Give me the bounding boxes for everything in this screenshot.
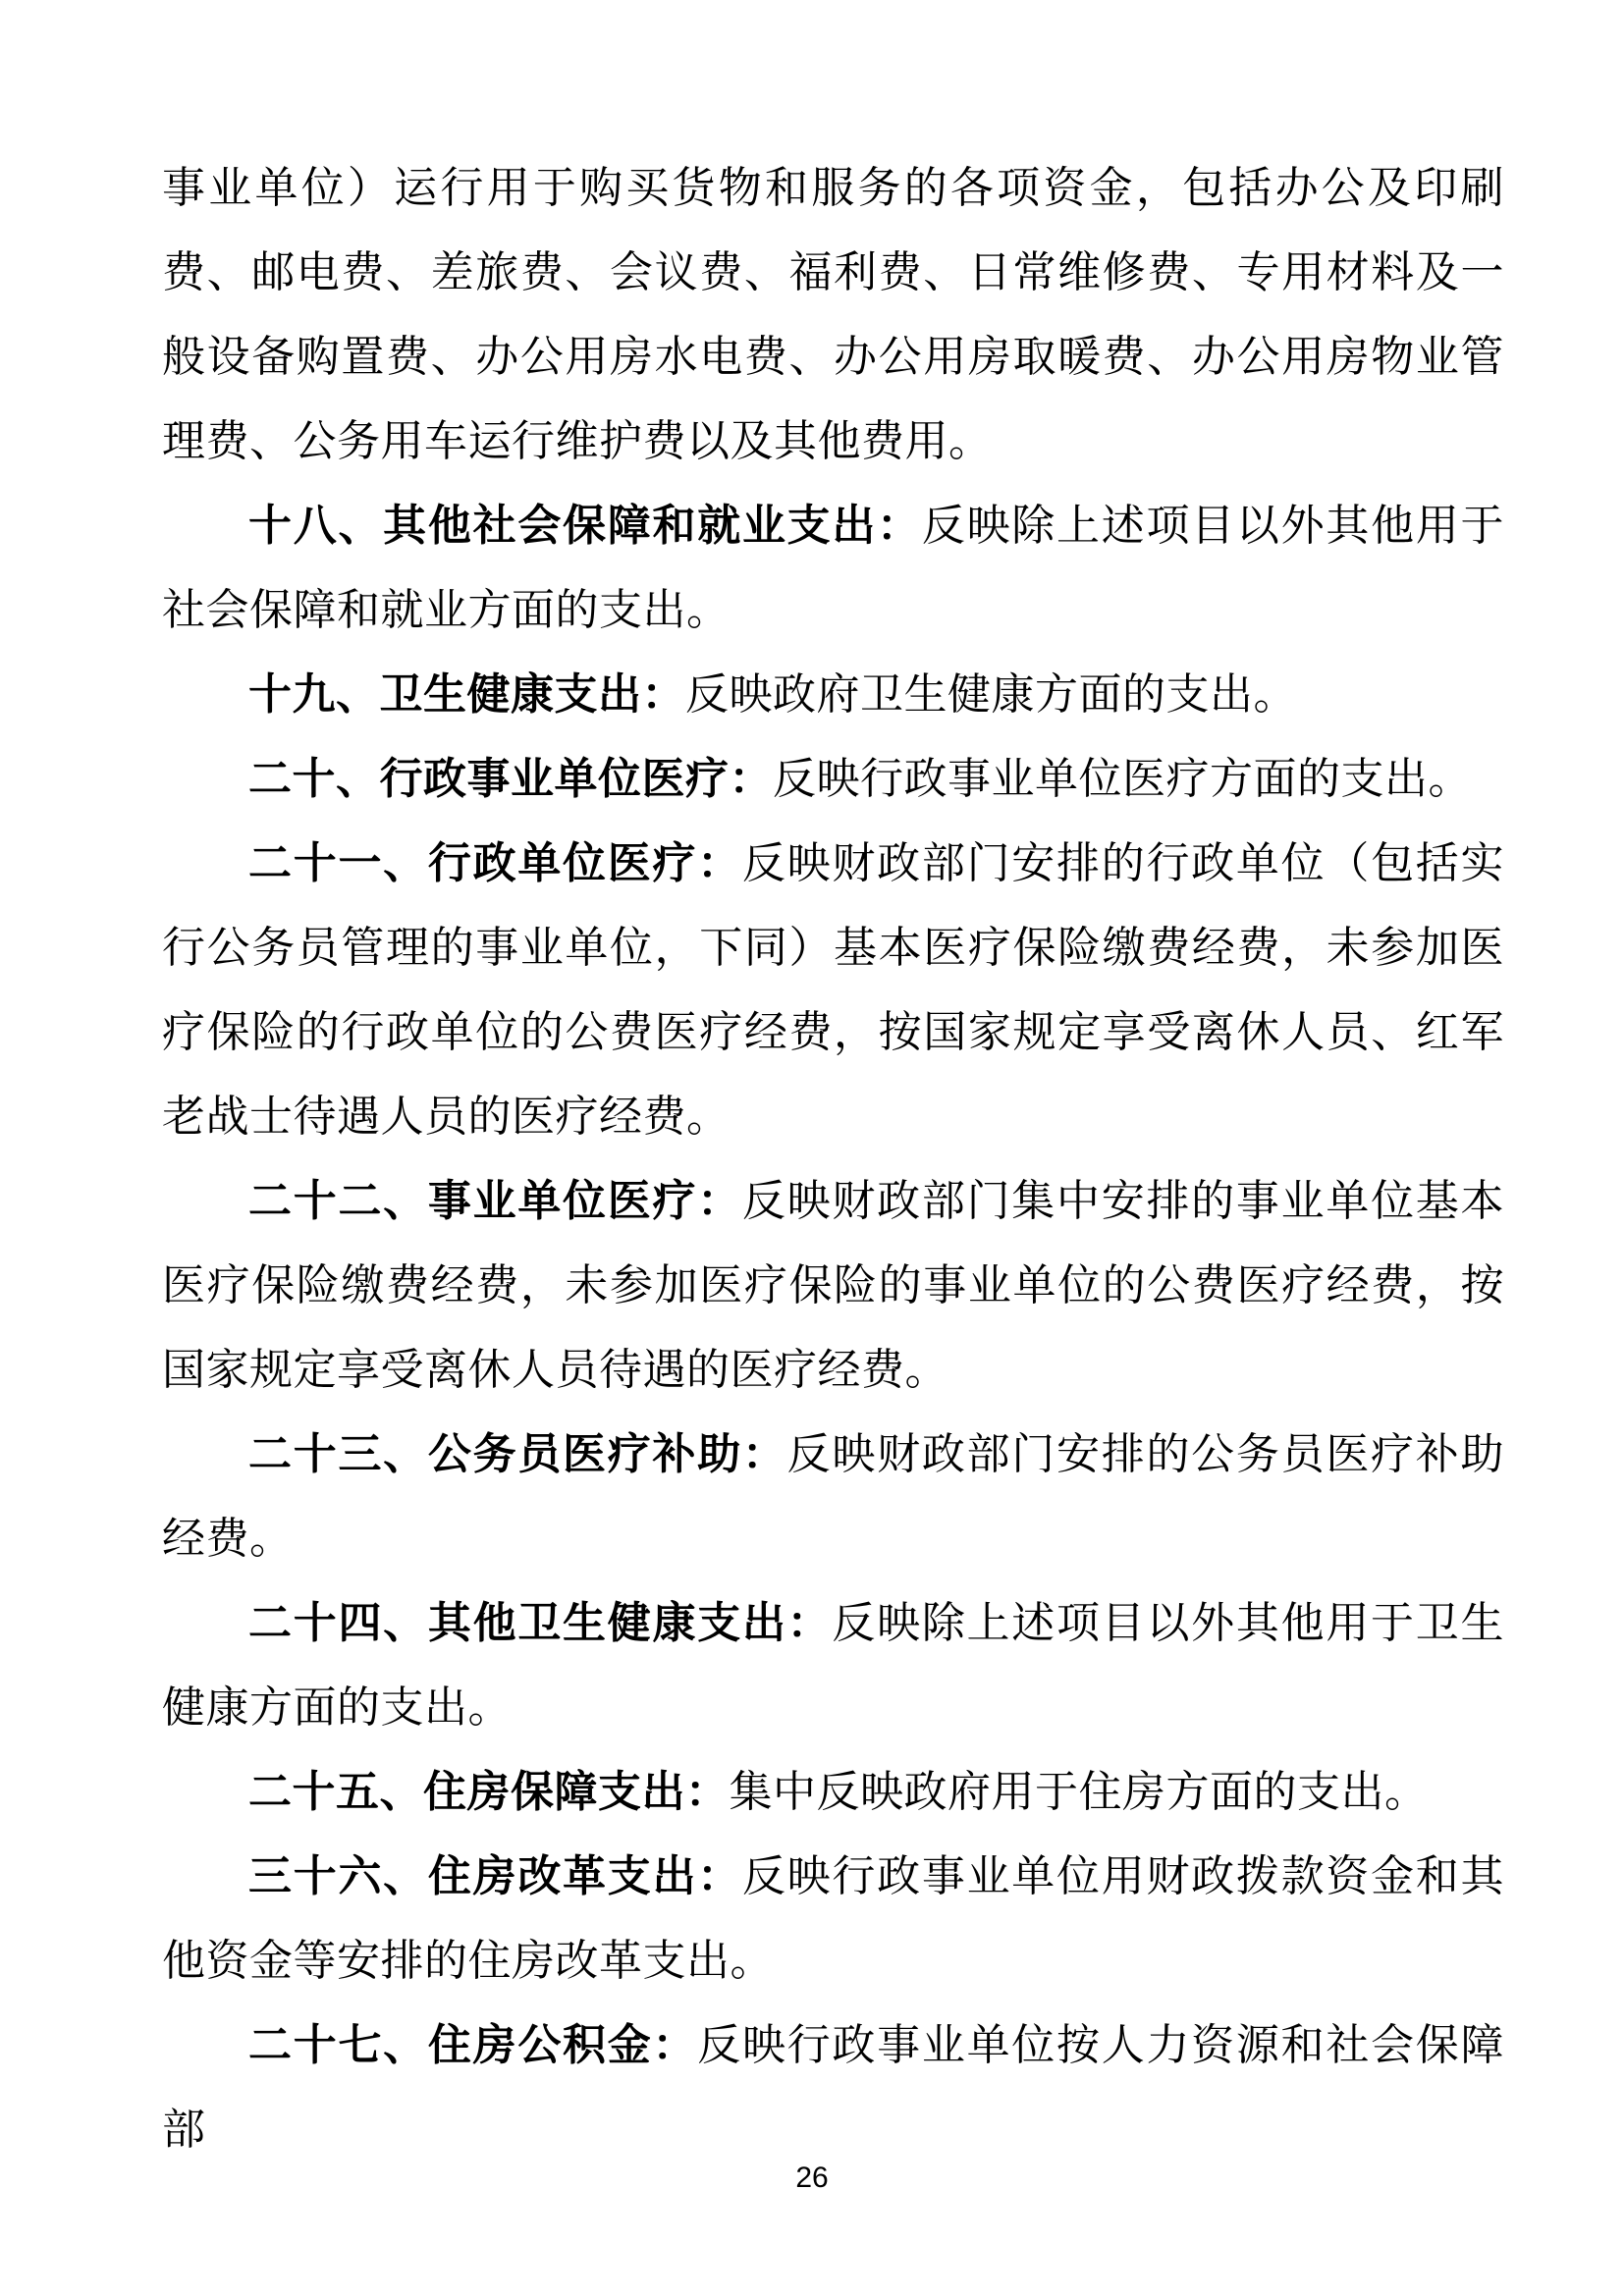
paragraph-heading: 二十二、事业单位医疗： (248, 1177, 742, 1225)
page-number: 26 (0, 2163, 1624, 2193)
paragraph: 事业单位）运行用于购买货物和服务的各项资金，包括办公及印刷费、邮电费、差旅费、会… (162, 146, 1504, 484)
paragraph: 二十七、住房公积金：反映行政事业单位按人力资源和社会保障部 (162, 2003, 1504, 2172)
paragraph: 二十、行政事业单位医疗：反映行政事业单位医疗方面的支出。 (162, 737, 1504, 822)
paragraph-heading: 二十、行政事业单位医疗： (248, 755, 773, 803)
paragraph-heading: 十八、其他社会保障和就业支出： (248, 502, 922, 550)
paragraph-heading: 二十七、住房公积金： (248, 2021, 697, 2069)
paragraph: 十九、卫生健康支出：反映政府卫生健康方面的支出。 (162, 653, 1504, 737)
paragraph-heading: 三十六、住房改革支出： (248, 1852, 742, 1900)
paragraph-heading: 二十三、公务员医疗补助： (248, 1430, 787, 1478)
paragraph-heading: 二十一、行政单位医疗： (248, 839, 742, 887)
paragraph: 二十二、事业单位医疗：反映财政部门集中安排的事业单位基本医疗保险缴费经费，未参加… (162, 1159, 1504, 1413)
paragraph-heading: 二十五、住房保障支出： (248, 1768, 730, 1816)
paragraph: 十八、其他社会保障和就业支出：反映除上述项目以外其他用于社会保障和就业方面的支出… (162, 484, 1504, 653)
paragraph-body: 集中反映政府用于住房方面的支出。 (730, 1768, 1429, 1816)
paragraph-body: 事业单位）运行用于购买货物和服务的各项资金，包括办公及印刷费、邮电费、差旅费、会… (162, 164, 1504, 465)
paragraph-body: 反映行政事业单位医疗方面的支出。 (773, 755, 1472, 803)
document-body: 事业单位）运行用于购买货物和服务的各项资金，包括办公及印刷费、邮电费、差旅费、会… (162, 146, 1504, 2172)
paragraph: 二十一、行政单位医疗：反映财政部门安排的行政单位（包括实行公务员管理的事业单位，… (162, 822, 1504, 1159)
paragraph: 二十三、公务员医疗补助：反映财政部门安排的公务员医疗补助经费。 (162, 1413, 1504, 1581)
paragraph-body: 反映政府卫生健康方面的支出。 (685, 670, 1297, 719)
paragraph: 二十四、其他卫生健康支出：反映除上述项目以外其他用于卫生健康方面的支出。 (162, 1581, 1504, 1750)
paragraph-heading: 十九、卫生健康支出： (248, 670, 685, 719)
paragraph-heading: 二十四、其他卫生健康支出： (248, 1599, 832, 1647)
paragraph: 三十六、住房改革支出：反映行政事业单位用财政拨款资金和其他资金等安排的住房改革支… (162, 1835, 1504, 2003)
paragraph: 二十五、住房保障支出：集中反映政府用于住房方面的支出。 (162, 1750, 1504, 1835)
document-page: 事业单位）运行用于购买货物和服务的各项资金，包括办公及印刷费、邮电费、差旅费、会… (0, 0, 1624, 2296)
